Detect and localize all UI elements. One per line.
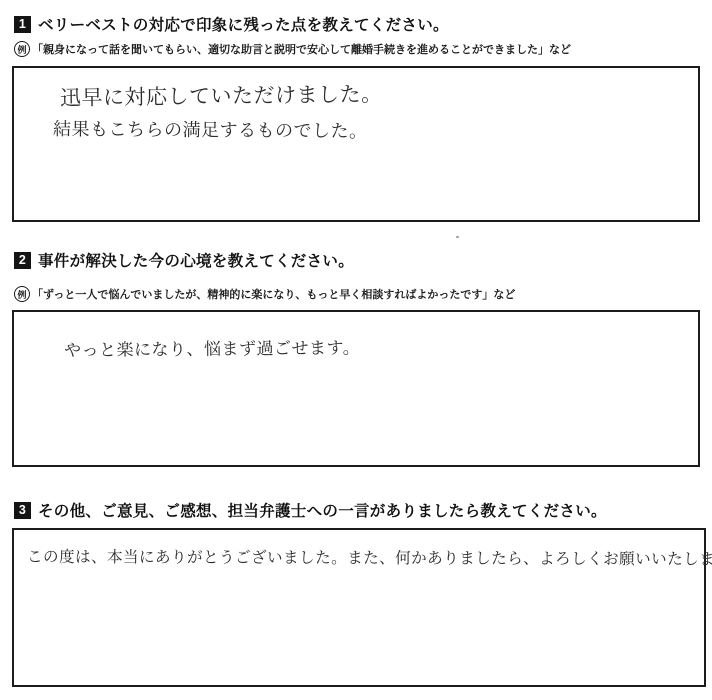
question-1-example: 例 「親身になって話を聞いてもらい、適切な助言と説明で安心して離婚手続きを進める…: [14, 41, 571, 57]
question-3-heading: 3 その他、ご意見、ご感想、担当弁護士への一言がありましたら教えてください。: [14, 499, 607, 521]
question-3-text: その他、ご意見、ご感想、担当弁護士への一言がありましたら教えてください。: [38, 499, 607, 521]
handwritten-answer-1-line-2: 結果もこちらの満足するものでした。: [53, 115, 368, 143]
example-circle-marker: 例: [14, 41, 30, 57]
survey-form-scan: 1 ベリーベストの対応で印象に残った点を教えてください。 例 「親身になって話を…: [0, 0, 712, 700]
question-3-number-badge: 3: [14, 502, 31, 519]
handwritten-answer-2-line-1: やっと楽になり、悩まず過ごせます。: [64, 333, 360, 361]
example-circle-marker: 例: [14, 286, 30, 302]
answer-box-2: やっと楽になり、悩まず過ごせます。: [12, 310, 700, 467]
handwritten-answer-1-line-1: 迅早に対応していただけました。: [60, 78, 383, 112]
example-1-text: 「親身になって話を聞いてもらい、適切な助言と説明で安心して離婚手続きを進めること…: [32, 41, 571, 57]
scan-speck: [456, 236, 459, 238]
question-1-heading: 1 ベリーベストの対応で印象に残った点を教えてください。: [14, 13, 449, 35]
question-2-text: 事件が解決した今の心境を教えてください。: [38, 249, 354, 271]
question-1-text: ベリーベストの対応で印象に残った点を教えてください。: [38, 13, 449, 35]
question-2-example: 例 「ずっと一人で悩んでいましたが、精神的に楽になり、もっと早く相談すればよかっ…: [14, 286, 515, 302]
question-2-heading: 2 事件が解決した今の心境を教えてください。: [14, 249, 354, 271]
handwritten-answer-3-line-1: この度は、本当にありがとうございました。また、何かありましたら、よろしくお願いい…: [27, 544, 712, 570]
answer-box-1: 迅早に対応していただけました。 結果もこちらの満足するものでした。: [12, 66, 700, 222]
answer-box-3: この度は、本当にありがとうございました。また、何かありましたら、よろしくお願いい…: [12, 528, 706, 687]
question-2-number-badge: 2: [14, 252, 31, 269]
question-1-number-badge: 1: [14, 16, 31, 33]
example-2-text: 「ずっと一人で悩んでいましたが、精神的に楽になり、もっと早く相談すればよかったで…: [32, 286, 515, 302]
